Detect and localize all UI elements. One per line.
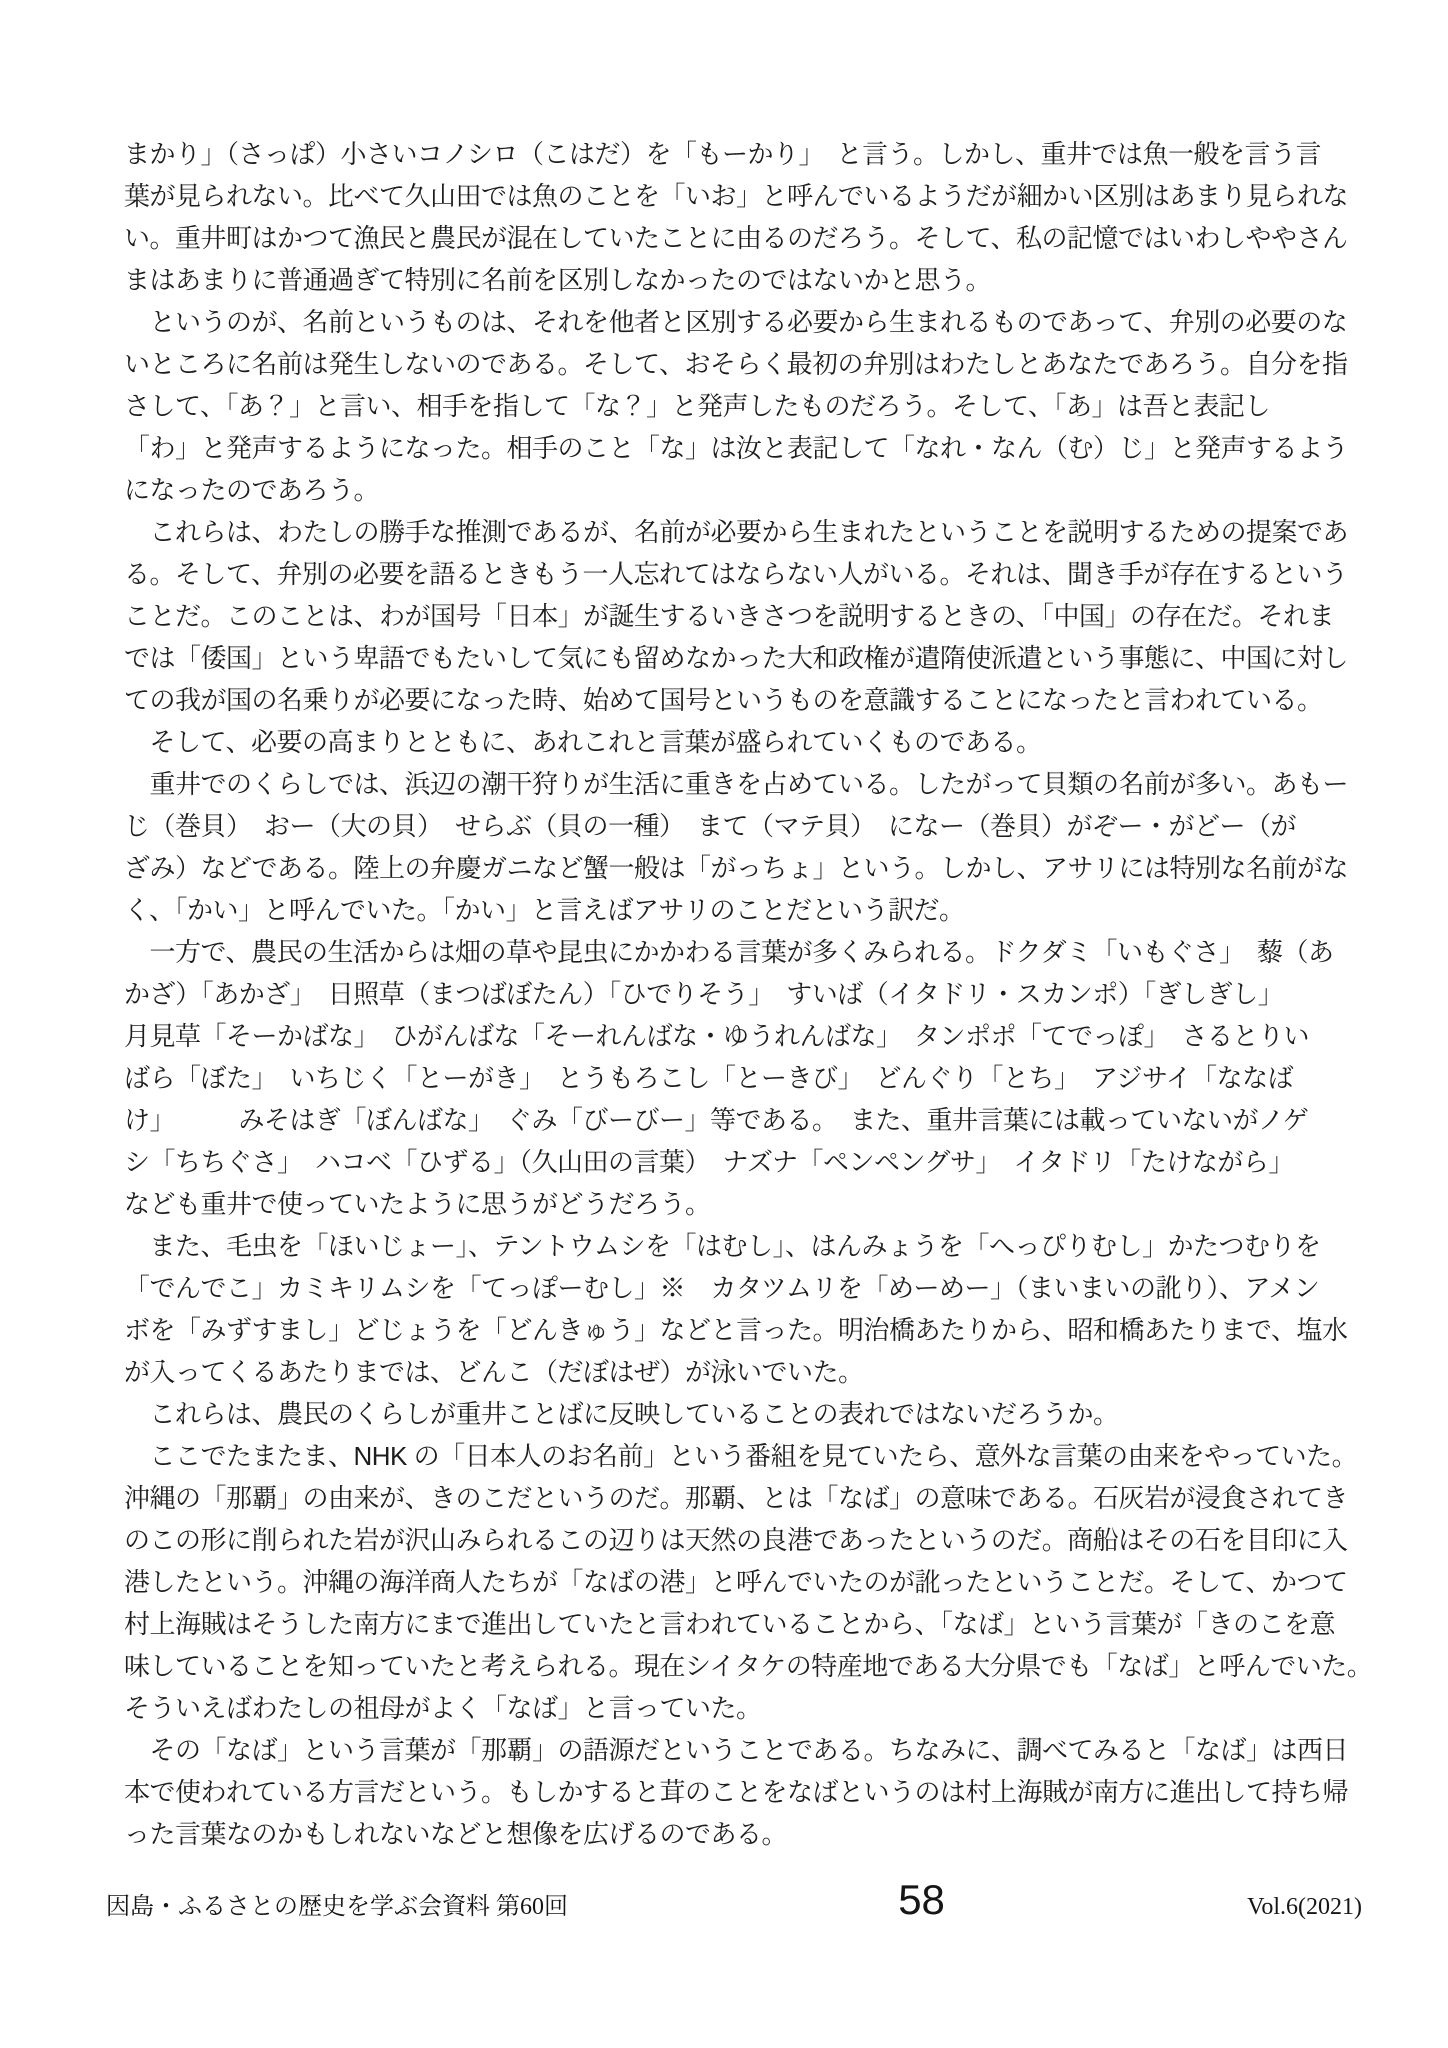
- page-number: 58: [898, 1876, 945, 1924]
- text-line: ことだ。このことは、わが国号「日本」が誕生するいきさつを説明するときの、「中国」…: [124, 595, 1384, 637]
- text-line: その「なば」という言葉が「那覇」の語源だということである。ちなみに、調べてみると…: [124, 1729, 1384, 1771]
- text-line: これらは、わたしの勝手な推測であるが、名前が必要から生まれたということを説明する…: [124, 511, 1384, 553]
- text-line: ての我が国の名乗りが必要になった時、始めて国号というものを意識することになったと…: [124, 679, 1384, 721]
- text-line: い。重井町はかつて漁民と農民が混在していたことに由るのだろう。そして、私の記憶で…: [124, 217, 1384, 259]
- text-line: また、毛虫を「ほいじょー」、テントウムシを「はむし」、はんみょうを「へっぴりむし…: [124, 1225, 1384, 1267]
- text-line: 沖縄の「那覇」の由来が、きのこだというのだ。那覇、とは「なば」の意味である。石灰…: [124, 1477, 1384, 1519]
- document-page: まかり」（さっぱ）小さいコノシロ（こはだ）を「もーかり」 と言う。しかし、重井で…: [0, 0, 1448, 2048]
- text-line: さして、「あ？」と言い、相手を指して「な？」と発声したものだろう。そして、「あ」…: [124, 385, 1384, 427]
- text-line: 港したという。沖縄の海洋商人たちが「なばの港」と呼んでいたのが訛ったということだ…: [124, 1561, 1384, 1603]
- text-line: まかり」（さっぱ）小さいコノシロ（こはだ）を「もーかり」 と言う。しかし、重井で…: [124, 133, 1384, 175]
- text-line: のこの形に削られた岩が沢山みられるこの辺りは天然の良港であったというのだ。商船は…: [124, 1519, 1384, 1561]
- text-line: そして、必要の高まりとともに、あれこれと言葉が盛られていくものである。: [124, 721, 1384, 763]
- text-line: というのが、名前というものは、それを他者と区別する必要から生まれるものであって、…: [124, 301, 1384, 343]
- text-line: が入ってくるあたりまでは、どんこ（だぼはぜ）が泳いでいた。: [124, 1351, 1384, 1393]
- text-line: った言葉なのかもしれないなどと想像を広げるのである。: [124, 1813, 1384, 1855]
- text-line: ざみ）などである。陸上の弁慶ガニなど蟹一般は「がっちょ」という。しかし、アサリに…: [124, 847, 1384, 889]
- text-line: まはあまりに普通過ぎて特別に名前を区別しなかったのではないかと思う。: [124, 259, 1384, 301]
- text-line: そういえばわたしの祖母がよく「なば」と言っていた。: [124, 1687, 1384, 1729]
- text-line: 「わ」と発声するようになった。相手のこと「な」は汝と表記して「なれ・なん（む）じ…: [124, 427, 1384, 469]
- text-line: る。そして、弁別の必要を語るときもう一人忘れてはならない人がいる。それは、聞き手…: [124, 553, 1384, 595]
- footer-volume: Vol.6(2021): [1247, 1894, 1362, 1921]
- page-footer: 因島・ふるさとの歴史を学ぶ会資料 第60回 58 Vol.6(2021): [106, 1876, 1362, 1924]
- footer-source-title: 因島・ふるさとの歴史を学ぶ会資料 第60回: [106, 1886, 568, 1921]
- text-line: く、「かい」と呼んでいた。「かい」と言えばアサリのことだという訳だ。: [124, 889, 1384, 931]
- text-line: 本で使われている方言だという。もしかすると茸のことをなばというのは村上海賊が南方…: [124, 1771, 1384, 1813]
- text-line: では「倭国」という卑語でもたいして気にも留めなかった大和政権が遣隋使派遣という事…: [124, 637, 1384, 679]
- text-line: 葉が見られない。比べて久山田では魚のことを「いお」と呼んでいるようだが細かい区別…: [124, 175, 1384, 217]
- body-text: まかり」（さっぱ）小さいコノシロ（こはだ）を「もーかり」 と言う。しかし、重井で…: [124, 133, 1384, 1855]
- text-line: シ「ちちぐさ」 ハコベ「ひずる」（久山田の言葉） ナズナ「ペンペングサ」 イタド…: [124, 1141, 1384, 1183]
- text-line: 「でんでこ」カミキリムシを「てっぽーむし」※ カタツムリを「めーめー」（まいまい…: [124, 1267, 1384, 1309]
- text-line: いところに名前は発生しないのである。そして、おそらく最初の弁別はわたしとあなたで…: [124, 343, 1384, 385]
- text-line: 味していることを知っていたと考えられる。現在シイタケの特産地である大分県でも「な…: [124, 1645, 1384, 1687]
- text-line: 重井でのくらしでは、浜辺の潮干狩りが生活に重きを占めている。したがって貝類の名前…: [124, 763, 1384, 805]
- text-line: 月見草「そーかばな」 ひがんばな「そーれんばな・ゆうれんばな」 タンポポ「てでっ…: [124, 1015, 1384, 1057]
- text-line: ボを「みずすまし」どじょうを「どんきゅう」などと言った。明治橋あたりから、昭和橋…: [124, 1309, 1384, 1351]
- text-line: かざ）「あかざ」 日照草（まつばぼたん）「ひでりそう」 すいば（イタドリ・スカン…: [124, 973, 1384, 1015]
- text-line: になったのであろう。: [124, 469, 1384, 511]
- text-line: ばら「ぼた」 いちじく「とーがき」 とうもろこし「とーきび」 どんぐり「とち」 …: [124, 1057, 1384, 1099]
- text-line: じ（巻貝） おー（大の貝） せらぶ（貝の一種） まて（マテ貝） になー（巻貝）が…: [124, 805, 1384, 847]
- text-line: 村上海賊はそうした南方にまで進出していたと言われていることから、「なば」という言…: [124, 1603, 1384, 1645]
- text-line: ここでたまたま、NHK の「日本人のお名前」という番組を見ていたら、意外な言葉の…: [124, 1435, 1384, 1477]
- text-line: け」 みそはぎ「ぼんばな」 ぐみ「びーびー」等である。 また、重井言葉には載って…: [124, 1099, 1384, 1141]
- text-line: なども重井で使っていたように思うがどうだろう。: [124, 1183, 1384, 1225]
- text-line: これらは、農民のくらしが重井ことばに反映していることの表れではないだろうか。: [124, 1393, 1384, 1435]
- text-line: 一方で、農民の生活からは畑の草や昆虫にかかわる言葉が多くみられる。ドクダミ「いも…: [124, 931, 1384, 973]
